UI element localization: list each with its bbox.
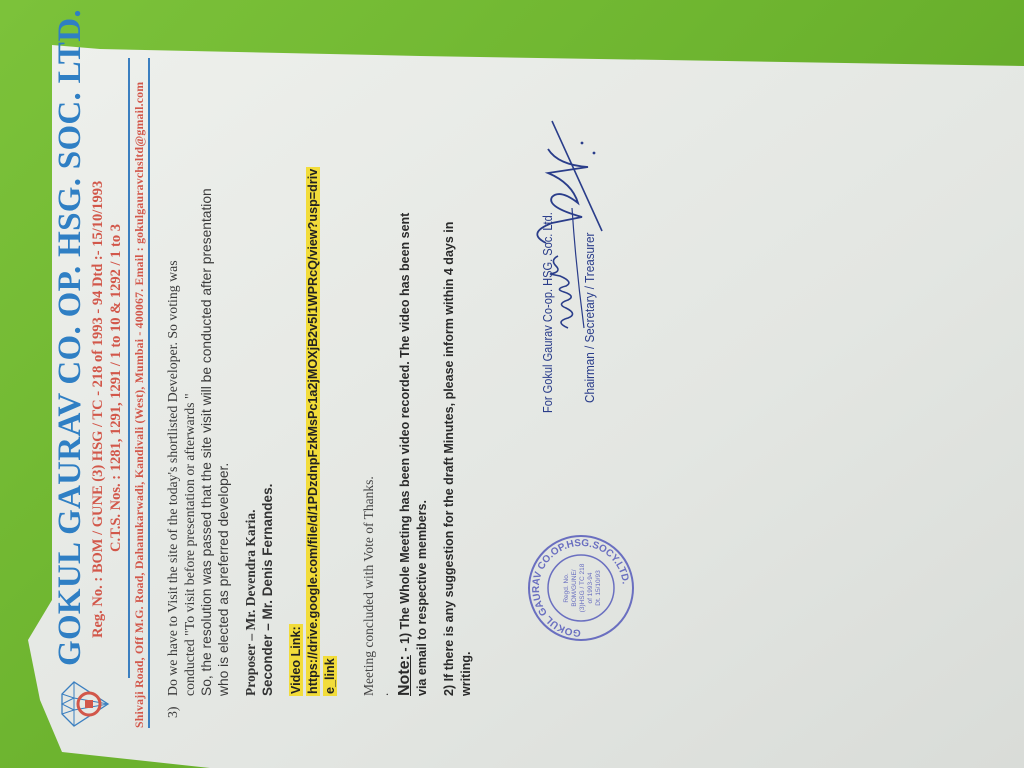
note-item-2: 2) If there is any suggestion for the dr… xyxy=(441,98,475,718)
letterhead: GOKUL GAURAV CO. OP. HSG. SOC. LTD. Reg.… xyxy=(46,58,141,748)
address-rule xyxy=(148,58,150,728)
svg-text:Regd. No.: Regd. No. xyxy=(563,573,570,602)
diamond-logo-icon xyxy=(56,674,112,734)
svg-text:BOM/GUNE/: BOM/GUNE/ xyxy=(571,569,578,606)
address-line: Shivaji Road, Off M.G. Road, Dahanukarwa… xyxy=(132,82,147,728)
video-link-label: Video Link: xyxy=(289,624,303,696)
letter-document: GOKUL GAURAV CO. OP. HSG. SOC. LTD. Reg.… xyxy=(46,58,1006,748)
item-number: 3) xyxy=(164,696,181,718)
svg-text:of 1993-94: of 1993-94 xyxy=(587,572,594,603)
cts-numbers: C.T.S. Nos. : 1281, 1291, 1291 / 1 to 10… xyxy=(108,224,125,552)
header-rule xyxy=(128,58,130,678)
handwritten-signature xyxy=(486,73,646,493)
proposer-seconder: Proposer – Mr. Devendra Karia. Seconder … xyxy=(242,98,276,718)
minutes-body: 3)Do we have to Visit the site of the to… xyxy=(164,98,475,718)
signature-block: For Gokul Gaurav Co-op. HSG. Soc. Ltd. C… xyxy=(486,73,646,493)
society-name: GOKUL GAURAV CO. OP. HSG. SOC. LTD. xyxy=(52,9,89,666)
society-rubber-stamp: GOKUL GAURAV CO.OP.HSG.SOCY.LTD. Regd. N… xyxy=(526,533,636,643)
seconder: Seconder – Mr. Denis Fernandes. xyxy=(259,98,276,696)
proposer: Proposer – Mr. Devendra Karia. xyxy=(242,98,259,696)
video-link-url[interactable]: https://drive.google.com/file/d/1PDzdnpF… xyxy=(306,167,320,696)
svg-text:(3)HSG / TC 218: (3)HSG / TC 218 xyxy=(579,563,586,612)
registration-number: Reg. No. : BOM / GUNE (3) HSG / TC - 218… xyxy=(90,181,107,638)
note-label: Note: xyxy=(396,655,413,696)
video-link-block: Video Link: https://drive.google.com/fil… xyxy=(288,98,339,718)
meeting-conclusion: Meeting concluded with Vote of Thanks. xyxy=(361,98,377,718)
agenda-item-3: 3)Do we have to Visit the site of the to… xyxy=(164,98,232,718)
note-item-1: Note: - 1) The Whole Meeting has been vi… xyxy=(396,98,431,718)
video-link-url-continued[interactable]: e_link xyxy=(323,656,337,696)
svg-text:Dt. 15/10/93: Dt. 15/10/93 xyxy=(595,570,602,606)
